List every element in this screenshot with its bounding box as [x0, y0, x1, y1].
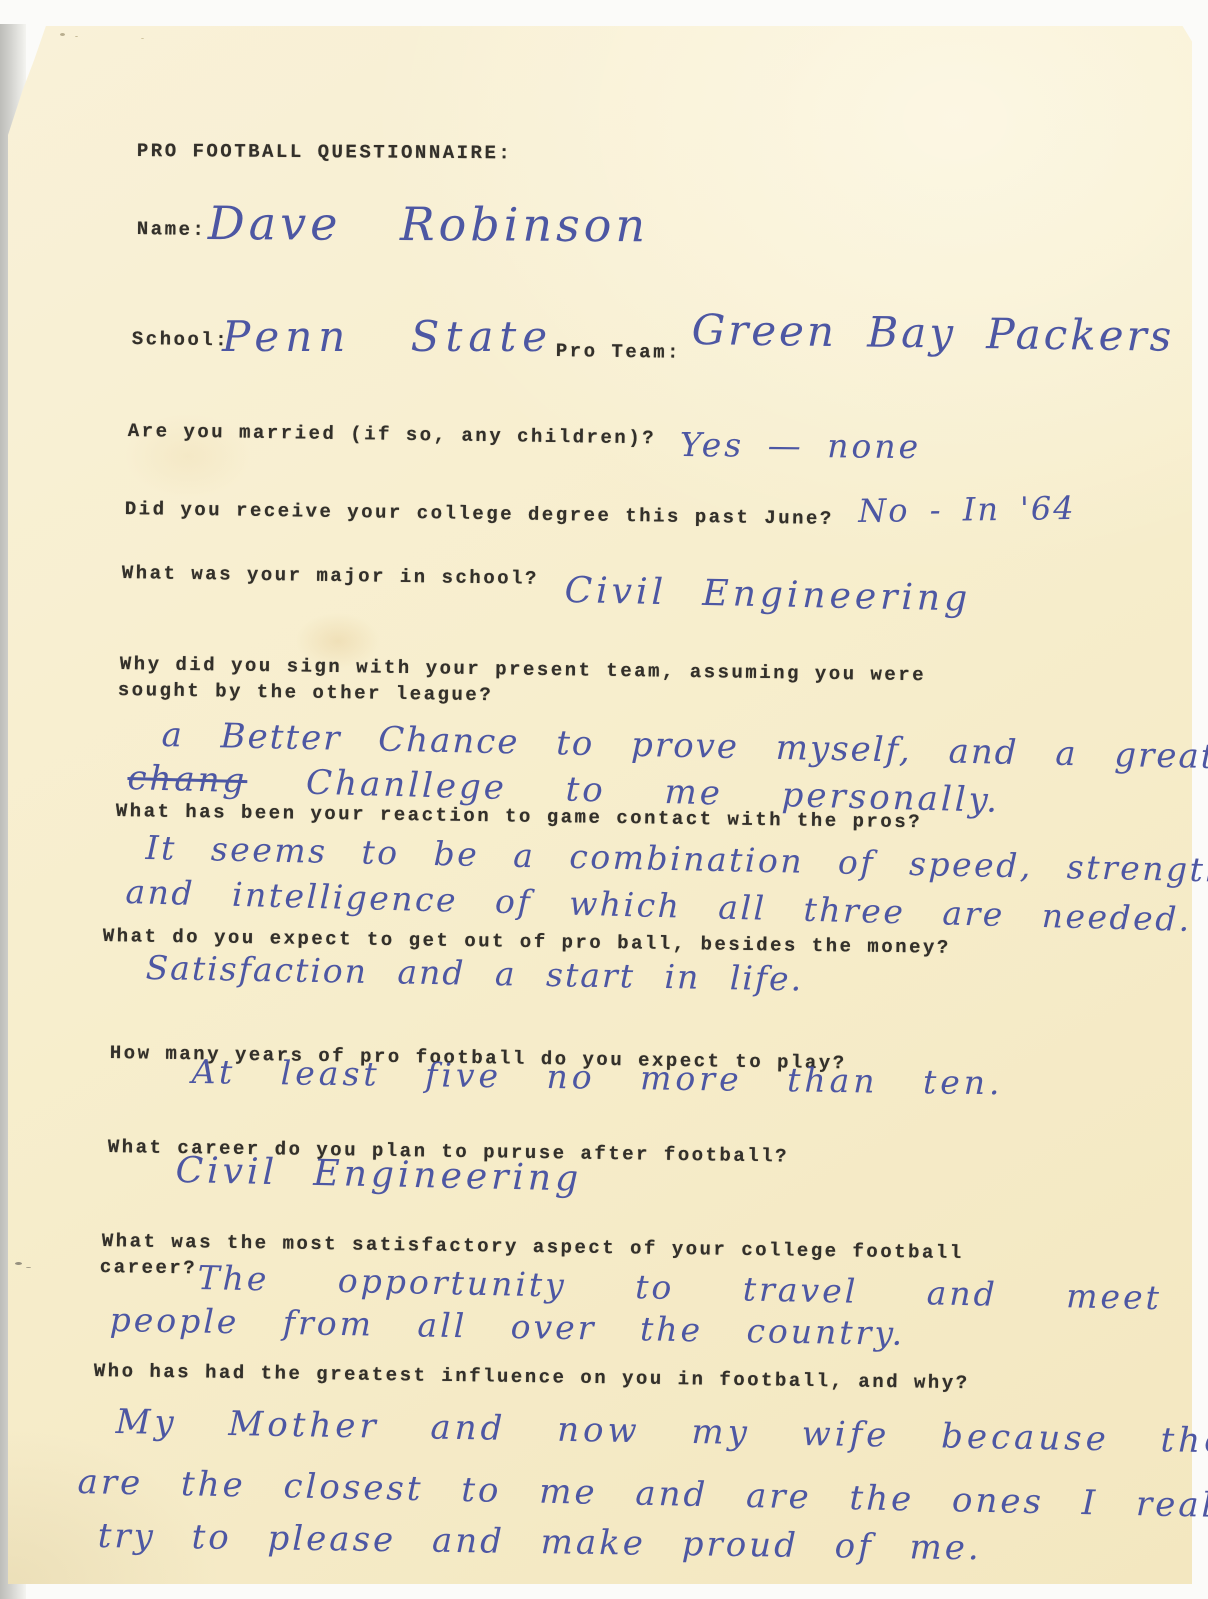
paper-edge-marks	[15, 1262, 22, 1265]
paper-corner-specks	[60, 33, 65, 36]
school-handwritten-value: Penn State	[222, 312, 553, 361]
name-handwritten-value: Dave Robinson	[208, 196, 649, 252]
name-label: Name:	[137, 218, 207, 241]
pro-team-label: Pro Team:	[556, 340, 681, 364]
pro-team-handwritten-value: Green Bay Packers	[691, 305, 1174, 361]
answer-major: Civil Engineering	[564, 570, 971, 620]
school-label: School:	[132, 328, 230, 351]
answer-post-career: Civil Engineering	[175, 1150, 582, 1200]
document-title: PRO FOOTBALL QUESTIONNAIRE:	[137, 140, 512, 164]
question-college-satisfaction-line2: career?	[100, 1256, 198, 1279]
crossed-out-word: chang	[127, 758, 248, 801]
answer-degree: No - In '64	[858, 489, 1076, 530]
answer-married: Yes — none	[680, 425, 922, 466]
